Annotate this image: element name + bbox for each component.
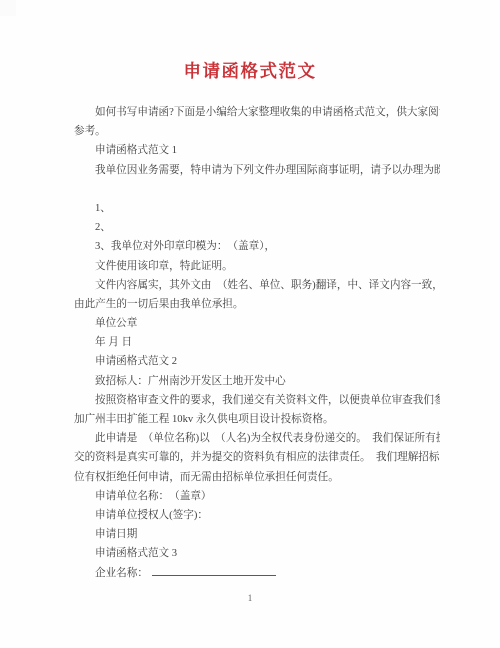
line-text: 交的资料是真实可靠的，并为提交的资料负有相应的法律责任。 我们理解招标单	[74, 452, 440, 463]
document-line: 单位公章	[74, 314, 440, 333]
line-text: 申请单位授权人(签字)：	[95, 510, 208, 521]
document-line: 申请函格式范文 1	[74, 141, 440, 160]
document-line: 我单位因业务需要，特申请为下列文件办理国际商事证明，请予以办理为盼。	[74, 161, 440, 180]
document-line: 企业名称：	[74, 564, 440, 583]
scan-artifact	[0, 0, 16, 16]
document-line: 1、	[74, 199, 440, 218]
page-title: 申请函格式范文	[0, 58, 500, 83]
document-line	[74, 180, 440, 199]
line-text: 申请函格式范文 3	[95, 548, 177, 559]
document-line: 如何书写申请函?下面是小编给大家整理收集的申请函格式范文，供大家阅读	[74, 103, 440, 122]
line-text: 此申请是 （单位名称)以 （人名)为全权代表身份递交的。 我们保证所有提	[95, 433, 440, 444]
line-text: 由此产生的一切后果由我单位承担。	[74, 299, 244, 310]
fill-in-blank-line	[152, 574, 276, 576]
line-text: 2、	[95, 222, 111, 233]
line-text: 文件使用该印章，特此证明。	[95, 261, 233, 272]
line-text: 参考。	[74, 126, 106, 137]
document-line: 2、	[74, 218, 440, 237]
document-line: 文件使用该印章，特此证明。	[74, 257, 440, 276]
line-text: 3、我单位对外印章印模为： （盖章），	[95, 241, 275, 252]
document-line: 交的资料是真实可靠的，并为提交的资料负有相应的法律责任。 我们理解招标单	[74, 448, 440, 467]
line-text: 加广州丰田扩能工程 10kv 永久供电项目设计投标资格。	[74, 414, 334, 425]
document-page: 申请函格式范文 如何书写申请函?下面是小编给大家整理收集的申请函格式范文，供大家…	[0, 0, 500, 648]
document-line: 3、我单位对外印章印模为： （盖章），	[74, 237, 440, 256]
document-line: 申请函格式范文 2	[74, 352, 440, 371]
line-text: 申请函格式范文 1	[95, 145, 177, 156]
document-line: 参考。	[74, 122, 440, 141]
document-body: 如何书写申请函?下面是小编给大家整理收集的申请函格式范文，供大家阅读参考。申请函…	[74, 103, 440, 583]
line-text: 如何书写申请函?下面是小编给大家整理收集的申请函格式范文，供大家阅读	[95, 107, 440, 118]
line-text: 申请日期	[95, 529, 137, 540]
line-text: 申请函格式范文 2	[95, 356, 177, 367]
line-text: 单位公章	[95, 318, 137, 329]
line-text: 按照资格审查文件的要求，我们递交有关资料文件，以便贵单位审查我们参	[95, 395, 440, 406]
line-text: 1、	[95, 203, 111, 214]
line-text: 申请单位名称： （盖章）	[95, 491, 212, 502]
line-text	[74, 184, 77, 195]
document-line: 致招标人：广州南沙开发区土地开发中心	[74, 372, 440, 391]
document-line: 申请单位授权人(签字)：	[74, 506, 440, 525]
line-text: 致招标人：广州南沙开发区土地开发中心	[95, 376, 286, 387]
document-line: 申请日期	[74, 525, 440, 544]
line-text: 企业名称：	[95, 568, 148, 579]
document-line: 按照资格审查文件的要求，我们递交有关资料文件，以便贵单位审查我们参	[74, 391, 440, 410]
line-text: 文件内容属实，其外文由 （姓名、单位、职务)翻译，中、译文内容一致，	[95, 280, 440, 291]
document-line: 申请单位名称： （盖章）	[74, 487, 440, 506]
document-line: 由此产生的一切后果由我单位承担。	[74, 295, 440, 314]
document-line: 申请函格式范文 3	[74, 544, 440, 563]
line-text: 年 月 日	[95, 337, 132, 348]
page-number: 1	[0, 593, 500, 603]
document-line: 加广州丰田扩能工程 10kv 永久供电项目设计投标资格。	[74, 410, 440, 429]
document-line: 此申请是 （单位名称)以 （人名)为全权代表身份递交的。 我们保证所有提	[74, 429, 440, 448]
line-text: 位有权拒绝任何申请，而无需由招标单位承担任何责任。	[74, 472, 339, 483]
document-line: 年 月 日	[74, 333, 440, 352]
document-line: 文件内容属实，其外文由 （姓名、单位、职务)翻译，中、译文内容一致，	[74, 276, 440, 295]
document-line: 位有权拒绝任何申请，而无需由招标单位承担任何责任。	[74, 468, 440, 487]
line-text: 我单位因业务需要，特申请为下列文件办理国际商事证明，请予以办理为盼。	[95, 165, 440, 176]
